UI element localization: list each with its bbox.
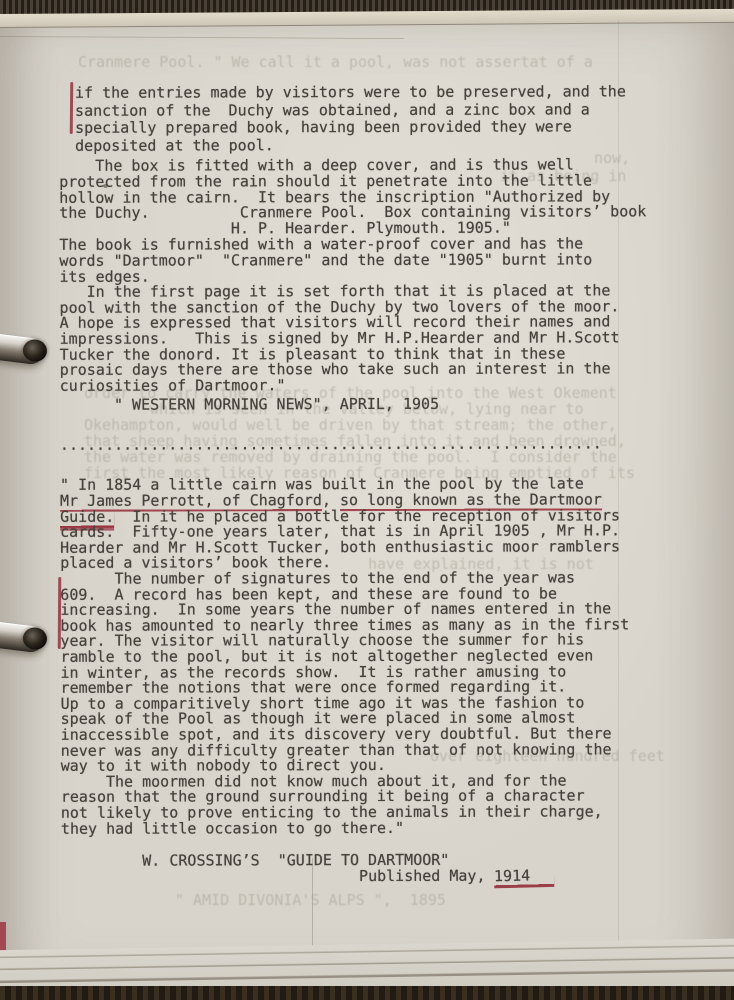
ring-binder-page-photo: Cranmere Pool. " We call it a pool, was … (0, 0, 734, 1000)
dotted-divider: ........................................… (60, 436, 680, 453)
red-margin-mark-top (70, 82, 74, 134)
typed-line: curiosities of Dartmoor." (60, 377, 680, 394)
binder-ring-bottom (0, 620, 45, 653)
published-date-line: Published May, 1914 (61, 868, 681, 885)
binder-bottom-edge (0, 986, 734, 1000)
binder-ring-top (0, 332, 45, 365)
red-underlined-text: 1914 (494, 868, 554, 885)
typed-line: words "Dartmoor" "Cranmere" and the date… (59, 252, 679, 269)
typed-line: specially prepared book, having been pro… (75, 118, 679, 137)
red-margin-mark-middle (58, 577, 62, 649)
paper-crease (0, 36, 404, 39)
ghost-text-line: " AMID DIVONIA'S ALPS ", 1895 (175, 892, 446, 908)
typed-line: they had little occasion to go there." (61, 820, 681, 837)
typed-text-block: if the entries made by visitors were to … (59, 83, 681, 885)
typed-line: sanction of the Duchy was obtained, and … (75, 101, 679, 120)
source-heading-western-morning-news: " WESTERN MORNING NEWS", APRIL, 1905 (60, 396, 680, 413)
typed-text: Published May, (61, 866, 495, 885)
typed-line: deposited at the pool. (75, 136, 679, 155)
ghost-text-line: Cranmere Pool. " We call it a pool, was … (78, 54, 593, 70)
